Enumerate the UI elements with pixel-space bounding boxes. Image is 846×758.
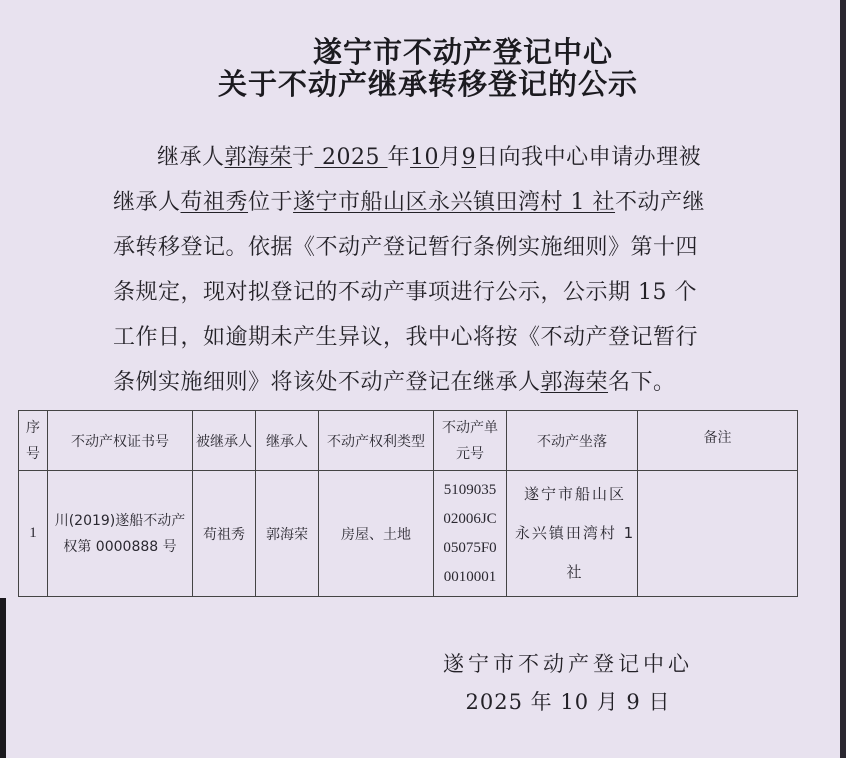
cell-heir: 郭海荣: [256, 471, 319, 597]
cell-decedent: 苟祖秀: [193, 471, 256, 597]
header-cert-no: 不动产权证书号: [48, 411, 193, 471]
table-row: 1 川(2019)遂船不动产 权第 0000888 号 苟祖秀 郭海荣 房屋、土…: [19, 471, 798, 597]
apply-year: 2025: [315, 145, 388, 170]
table-header-row: 序 号 不动产权证书号 被继承人 继承人 不动产权利类型 不动产单 元号 不动产…: [19, 411, 798, 471]
cell-right-type: 房屋、土地: [319, 471, 434, 597]
header-heir: 继承人: [256, 411, 319, 471]
body-line-4: 条规定，现对拟登记的不动产事项进行公示，公示期 15 个: [113, 270, 697, 315]
header-unit-no: 不动产单 元号: [434, 411, 507, 471]
cell-cert-no: 川(2019)遂船不动产 权第 0000888 号: [48, 471, 193, 597]
header-seq: 序 号: [19, 411, 48, 471]
cell-location: 遂宁市船山区 永兴镇田湾村 1 社: [507, 471, 638, 597]
header-location: 不动产坐落: [507, 411, 638, 471]
body-line-2: 继承人苟祖秀位于遂宁市船山区永兴镇田湾村 1 社不动产继: [113, 180, 705, 225]
title-notice: 关于不动产继承转移登记的公示: [5, 62, 846, 103]
apply-day: 9: [462, 145, 477, 170]
header-decedent: 被继承人: [193, 411, 256, 471]
cell-seq: 1: [19, 471, 48, 597]
header-remarks: 备注: [638, 411, 798, 471]
decedent-name: 苟祖秀: [181, 190, 249, 215]
header-right-type: 不动产权利类型: [319, 411, 434, 471]
apply-month: 10: [410, 145, 439, 170]
cell-unit-no: 5109035 02006JC 05075F0 0010001: [434, 471, 507, 597]
scan-edge-left: [0, 598, 6, 758]
cell-remarks: [638, 471, 798, 597]
signature-organization: 遂宁市不动产登记中心: [433, 648, 703, 678]
scan-edge-right: [840, 0, 846, 758]
property-location: 遂宁市船山区永兴镇田湾村 1 社: [293, 190, 615, 215]
signature-date: 2025 年 10 月 9 日: [433, 686, 703, 716]
property-table: 序 号 不动产权证书号 被继承人 继承人 不动产权利类型 不动产单 元号 不动产…: [18, 410, 798, 597]
heir-name: 郭海荣: [225, 145, 293, 170]
notice-page: 遂宁市不动产登记中心 关于不动产继承转移登记的公示 继承人郭海荣于 2025 年…: [0, 0, 846, 758]
body-line-3: 承转移登记。依据《不动产登记暂行条例实施细则》第十四: [113, 225, 698, 270]
body-line-6: 条例实施细则》将该处不动产登记在继承人郭海荣名下。: [113, 360, 676, 405]
body-line-5: 工作日，如逾期未产生异议，我中心将按《不动产登记暂行: [113, 315, 698, 360]
heir-name-2: 郭海荣: [541, 370, 609, 395]
body-line-1: 继承人郭海荣于 2025 年10月9日向我中心申请办理被: [157, 135, 701, 180]
